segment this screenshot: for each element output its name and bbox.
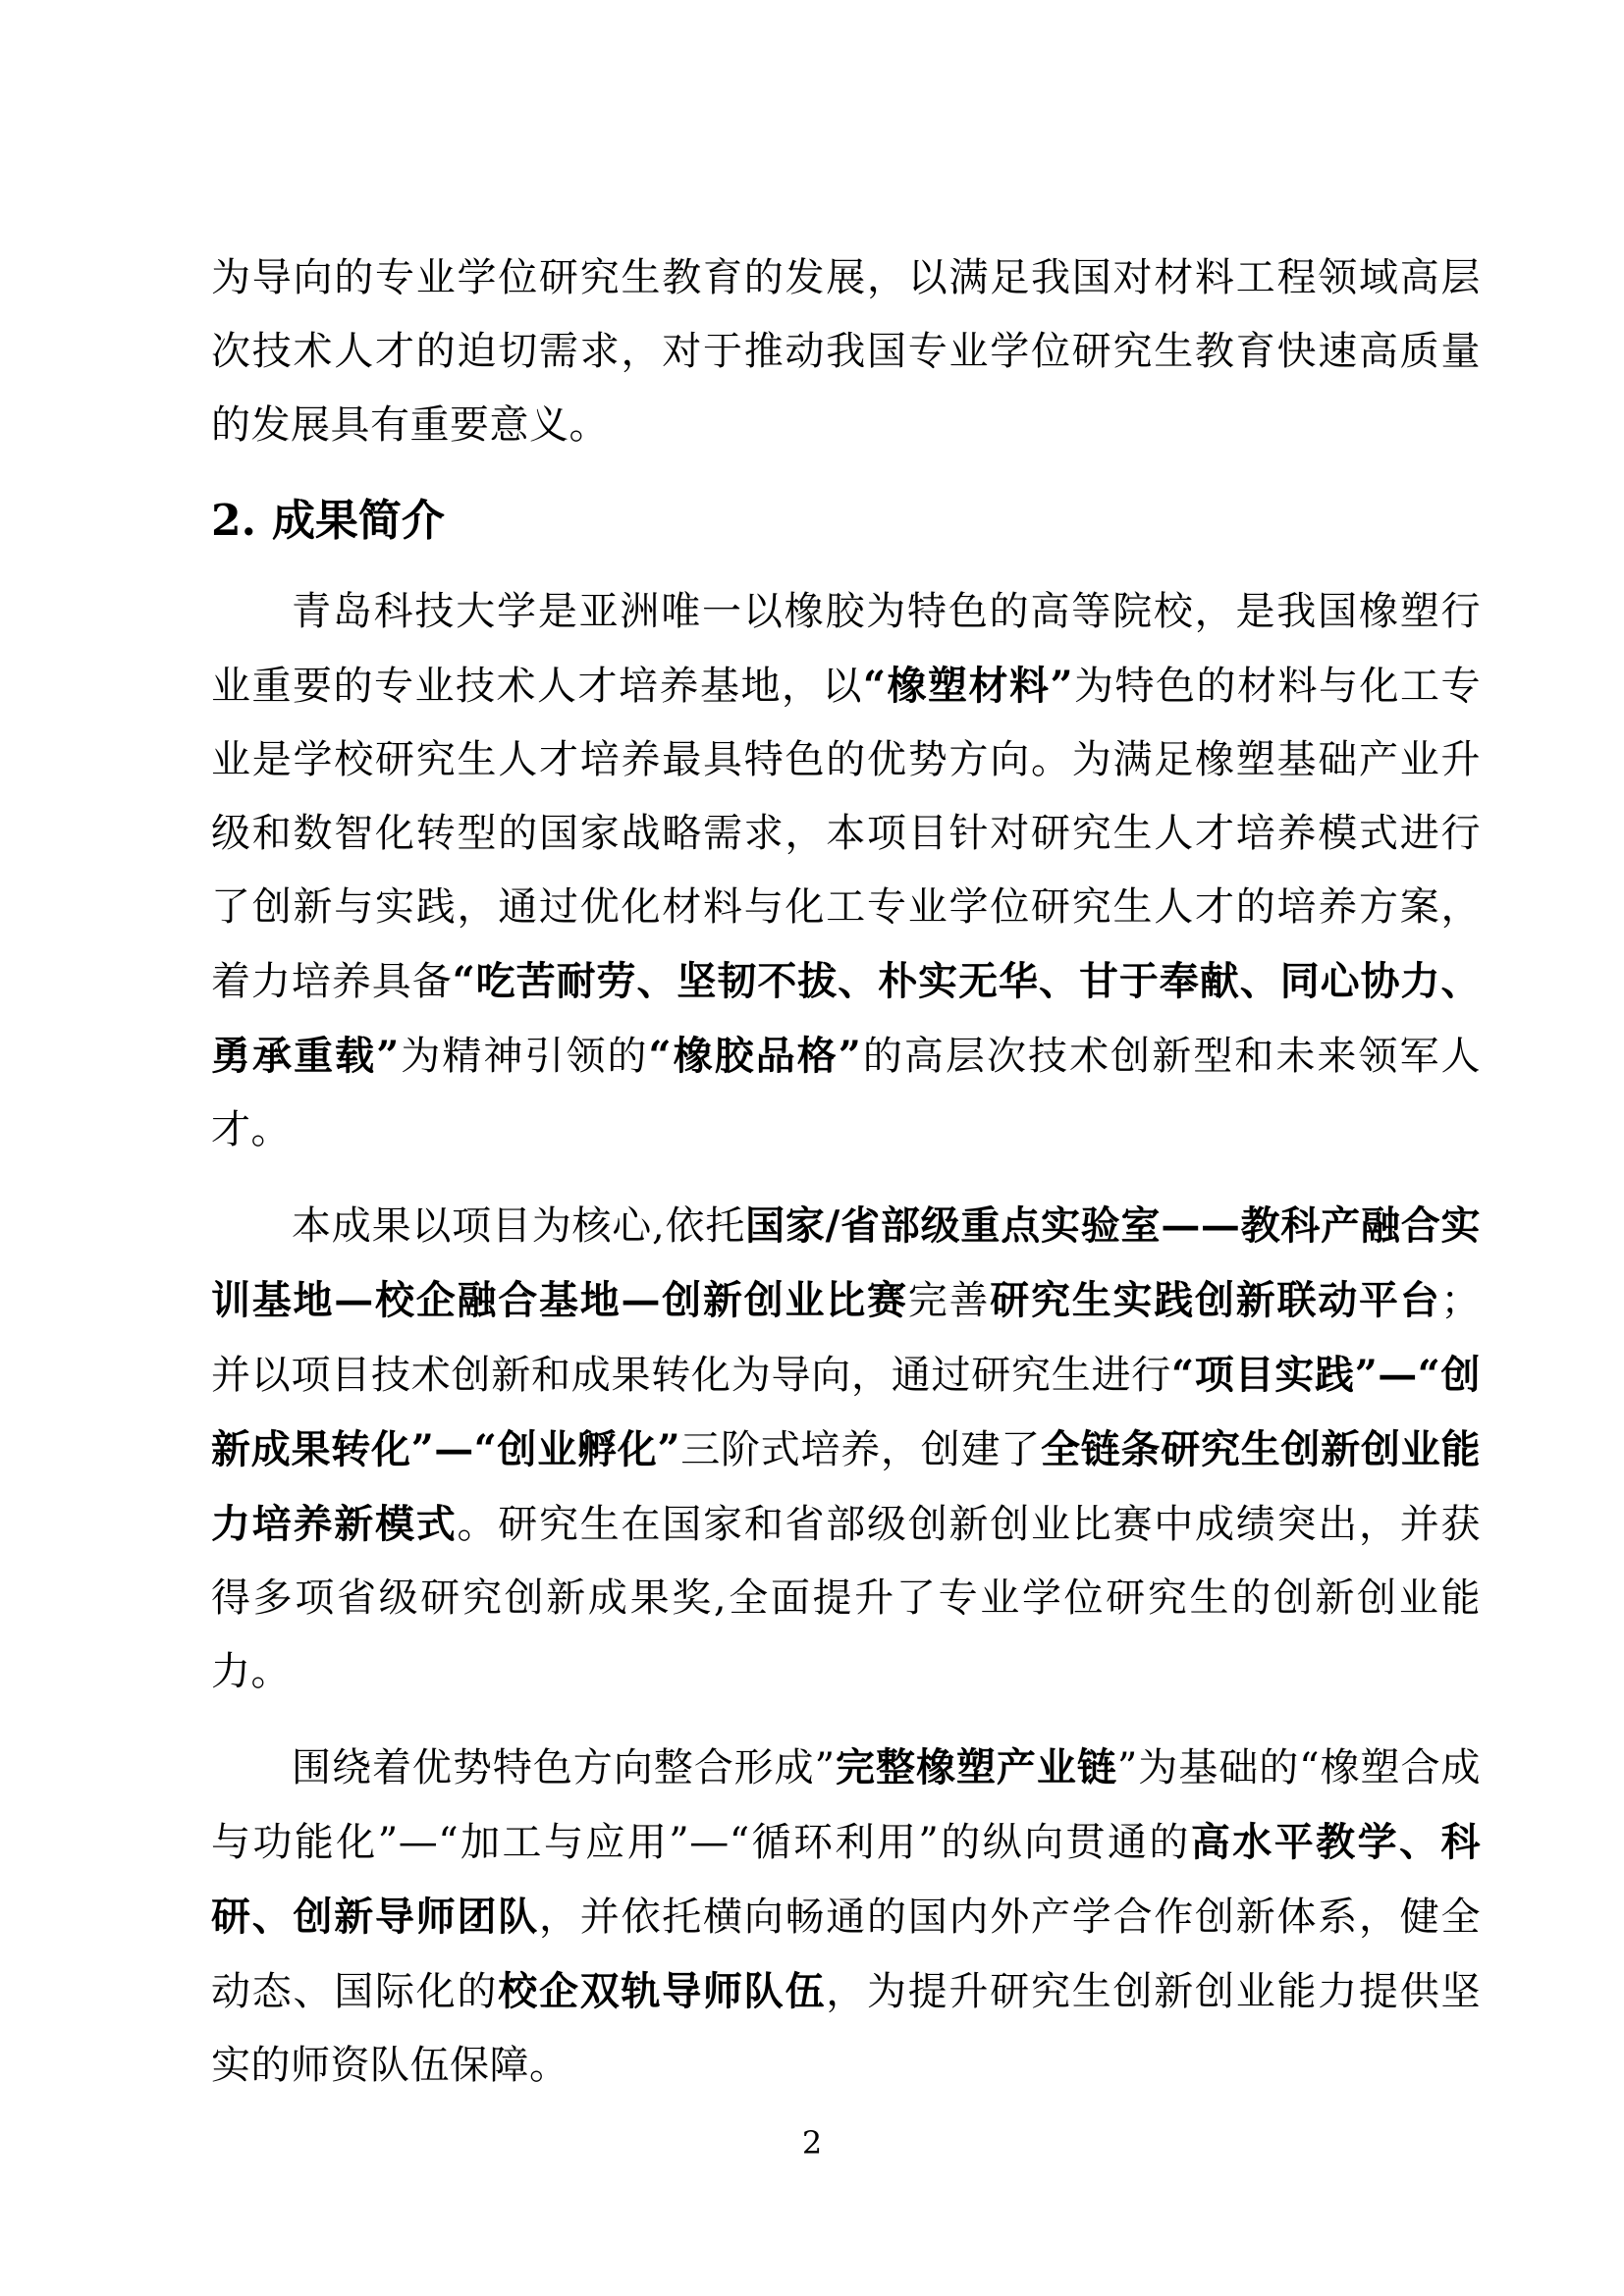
paragraph-achievement-platform: 本成果以项目为核心,依托国家/省部级重点实验室——教科产融合实训基地—校企融合基… (211, 1189, 1481, 1709)
page-number: 2 (0, 2123, 1624, 2163)
text-run: 为精神引领的 (400, 1034, 649, 1079)
text-run: 本成果以项目为核心,依托 (292, 1203, 745, 1249)
text-run: 完善 (908, 1278, 991, 1323)
paragraph-university-overview: 青岛科技大学是亚洲唯一以橡胶为特色的高等院校，是我国橡塑行业重要的专业技术人才培… (211, 575, 1481, 1167)
text-run-bold: 研究生实践创新联动平台 (990, 1277, 1440, 1323)
section-heading: 2.成果简介 (211, 484, 1481, 558)
text-run-bold: 校企双轨导师队伍 (498, 1968, 826, 2014)
text-run: 为导向的专业学位研究生教育的发展，以满足我国对材料工程领域高层次技术人才的迫切需… (211, 255, 1481, 448)
document-page: 为导向的专业学位研究生教育的发展，以满足我国对材料工程领域高层次技术人才的迫切需… (0, 0, 1624, 2296)
section-number: 2. (211, 496, 256, 546)
page-content: 为导向的专业学位研究生教育的发展，以满足我国对材料工程领域高层次技术人才的迫切需… (211, 241, 1481, 2124)
text-run: 围绕着优势特色方向整合形成” (292, 1745, 836, 1790)
text-run: 为特色的材料与化工专业是学校研究生人才培养最具特色的优势方向。为满足橡塑基础产业… (211, 664, 1481, 1004)
text-run-bold: “橡塑材料” (863, 663, 1073, 709)
section-title: 成果简介 (272, 496, 445, 546)
text-run-bold: 完整橡塑产业链 (836, 1744, 1117, 1790)
text-run: 三阶式培养，创建了 (680, 1427, 1041, 1472)
paragraph-intro-continuation: 为导向的专业学位研究生教育的发展，以满足我国对材料工程领域高层次技术人才的迫切需… (211, 241, 1481, 462)
text-run-bold: “橡胶品格” (649, 1033, 862, 1079)
paragraph-industry-chain-teams: 围绕着优势特色方向整合形成”完整橡塑产业链”为基础的“橡塑合成与功能化”—“加工… (211, 1731, 1481, 2103)
